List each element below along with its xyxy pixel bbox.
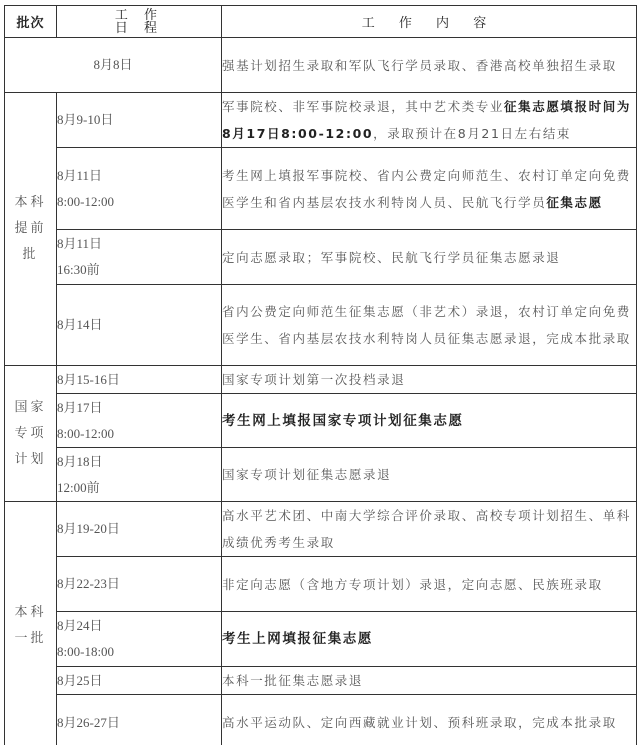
table-row: 8月17日 8:00-12:00 考生网上填报国家专项计划征集志愿 bbox=[5, 394, 637, 448]
time-line: 16:30前 bbox=[57, 257, 221, 283]
date-cell: 8月22-23日 bbox=[57, 557, 222, 612]
table-row: 8月8日 强基计划招生录取和军队飞行学员录取、香港高校单独招生录取 bbox=[5, 38, 637, 93]
content-cell: 考生上网填报征集志愿 bbox=[222, 612, 637, 667]
table-header-row: 批次 工 作 日 程 工 作 内 容 bbox=[5, 6, 637, 38]
content-text-bold: 考生上网填报征集志愿 bbox=[222, 631, 373, 647]
content-text-bold: 征集志愿 bbox=[546, 195, 602, 210]
table-row: 8月14日 省内公费定向师范生征集志愿（非艺术）录退，农村订单定向免费医学生、省… bbox=[5, 285, 637, 366]
content-text: 定向志愿录取；军事院校、民航飞行学员征集志愿录退 bbox=[222, 250, 560, 265]
batch-label-line: 专项 bbox=[5, 421, 56, 447]
date-cell: 8月18日 12:00前 bbox=[57, 448, 222, 502]
admission-schedule-table: 批次 工 作 日 程 工 作 内 容 8月8日 强基计划招生录取和军队飞行学员录… bbox=[4, 5, 637, 745]
date-cell: 8月26-27日 bbox=[57, 695, 222, 745]
table-row: 8月24日 8:00-18:00 考生上网填报征集志愿 bbox=[5, 612, 637, 667]
content-text: 本科一批征集志愿录退 bbox=[222, 673, 363, 688]
date-cell: 8月19-20日 bbox=[57, 502, 222, 557]
date-cell: 8月25日 bbox=[57, 667, 222, 695]
date-cell: 8月11日 16:30前 bbox=[57, 230, 222, 285]
batch-label-line: 计划 bbox=[5, 447, 56, 473]
date-line: 8月18日 bbox=[57, 449, 221, 475]
date-cell: 8月11日 8:00-12:00 bbox=[57, 148, 222, 230]
batch-cell-advance: 本科 提前 批 bbox=[5, 93, 57, 366]
header-schedule-line1: 工 作 bbox=[57, 9, 221, 22]
content-cell: 高水平艺术团、中南大学综合评价录取、高校专项计划招生、单科成绩优秀考生录取 bbox=[222, 502, 637, 557]
batch-label-line: 国家 bbox=[5, 395, 56, 421]
time-line: 8:00-18:00 bbox=[57, 639, 221, 665]
content-text: 非定向志愿（含地方专项计划）录退，定向志愿、民族班录取 bbox=[222, 577, 603, 592]
batch-cell-first: 本科 一批 bbox=[5, 502, 57, 745]
header-content: 工 作 内 容 bbox=[222, 6, 637, 38]
content-text: 军事院校、非军事院校录退，其中艺术类专业 bbox=[222, 99, 504, 114]
content-cell: 军事院校、非军事院校录退，其中艺术类专业征集志愿填报时间为8月17日8:00-1… bbox=[222, 93, 637, 148]
date-line: 8月8日 bbox=[5, 52, 221, 78]
header-schedule-line2: 日 程 bbox=[57, 22, 221, 35]
time-line: 12:00前 bbox=[57, 475, 221, 501]
content-cell: 国家专项计划第一次投档录退 bbox=[222, 366, 637, 394]
time-line: 8:00-12:00 bbox=[57, 189, 221, 215]
content-text-bold: 考生网上填报国家专项计划征集志愿 bbox=[222, 413, 464, 429]
table-row: 本科 提前 批 8月9-10日 军事院校、非军事院校录退，其中艺术类专业征集志愿… bbox=[5, 93, 637, 148]
content-text: 国家专项计划第一次投档录退 bbox=[222, 372, 405, 387]
content-text: 国家专项计划征集志愿录退 bbox=[222, 467, 391, 482]
date-line: 8月24日 bbox=[57, 613, 221, 639]
content-cell: 考生网上填报军事院校、省内公费定向师范生、农村订单定向免费医学生和省内基层农技水… bbox=[222, 148, 637, 230]
date-line: 8月17日 bbox=[57, 395, 221, 421]
date-cell: 8月9-10日 bbox=[57, 93, 222, 148]
date-line: 8月9-10日 bbox=[57, 107, 221, 133]
date-cell: 8月15-16日 bbox=[57, 366, 222, 394]
table-row: 8月22-23日 非定向志愿（含地方专项计划）录退，定向志愿、民族班录取 bbox=[5, 557, 637, 612]
date-line: 8月22-23日 bbox=[57, 571, 221, 597]
date-line: 8月26-27日 bbox=[57, 710, 221, 736]
date-cell: 8月17日 8:00-12:00 bbox=[57, 394, 222, 448]
content-text: 省内公费定向师范生征集志愿（非艺术）录退，农村订单定向免费医学生、省内基层农技水… bbox=[222, 304, 631, 346]
content-text: 高水平艺术团、中南大学综合评价录取、高校专项计划招生、单科成绩优秀考生录取 bbox=[222, 508, 631, 550]
batch-label-line: 批 bbox=[5, 242, 56, 268]
date-line: 8月15-16日 bbox=[57, 367, 221, 393]
content-cell: 考生网上填报国家专项计划征集志愿 bbox=[222, 394, 637, 448]
table-row: 8月11日 8:00-12:00 考生网上填报军事院校、省内公费定向师范生、农村… bbox=[5, 148, 637, 230]
batch-label-line: 本科 bbox=[5, 190, 56, 216]
content-cell: 非定向志愿（含地方专项计划）录退，定向志愿、民族班录取 bbox=[222, 557, 637, 612]
content-text: ，录取预计在8月21日左右结束 bbox=[373, 126, 571, 141]
header-batch: 批次 bbox=[5, 6, 57, 38]
date-cell: 8月24日 8:00-18:00 bbox=[57, 612, 222, 667]
content-cell: 强基计划招生录取和军队飞行学员录取、香港高校单独招生录取 bbox=[222, 38, 637, 93]
table-row: 8月18日 12:00前 国家专项计划征集志愿录退 bbox=[5, 448, 637, 502]
date-line: 8月19-20日 bbox=[57, 516, 221, 542]
table-row: 8月25日 本科一批征集志愿录退 bbox=[5, 667, 637, 695]
time-line: 8:00-12:00 bbox=[57, 421, 221, 447]
table-row: 8月26-27日 高水平运动队、定向西藏就业计划、预科班录取，完成本批录取 bbox=[5, 695, 637, 745]
date-cell: 8月8日 bbox=[5, 38, 222, 93]
header-schedule: 工 作 日 程 bbox=[57, 6, 222, 38]
batch-label-line: 一批 bbox=[5, 626, 56, 652]
date-line: 8月11日 bbox=[57, 231, 221, 257]
date-line: 8月11日 bbox=[57, 163, 221, 189]
date-cell: 8月14日 bbox=[57, 285, 222, 366]
batch-label-line: 提前 bbox=[5, 216, 56, 242]
content-cell: 国家专项计划征集志愿录退 bbox=[222, 448, 637, 502]
batch-cell-national: 国家 专项 计划 bbox=[5, 366, 57, 502]
content-text: 高水平运动队、定向西藏就业计划、预科班录取，完成本批录取 bbox=[222, 715, 617, 730]
content-cell: 省内公费定向师范生征集志愿（非艺术）录退，农村订单定向免费医学生、省内基层农技水… bbox=[222, 285, 637, 366]
date-line: 8月25日 bbox=[57, 668, 221, 694]
batch-label-line: 本科 bbox=[5, 600, 56, 626]
content-cell: 高水平运动队、定向西藏就业计划、预科班录取，完成本批录取 bbox=[222, 695, 637, 745]
content-cell: 定向志愿录取；军事院校、民航飞行学员征集志愿录退 bbox=[222, 230, 637, 285]
date-line: 8月14日 bbox=[57, 312, 221, 338]
content-text: 强基计划招生录取和军队飞行学员录取、香港高校单独招生录取 bbox=[222, 58, 617, 73]
content-cell: 本科一批征集志愿录退 bbox=[222, 667, 637, 695]
table-row: 国家 专项 计划 8月15-16日 国家专项计划第一次投档录退 bbox=[5, 366, 637, 394]
table-row: 本科 一批 8月19-20日 高水平艺术团、中南大学综合评价录取、高校专项计划招… bbox=[5, 502, 637, 557]
table-row: 8月11日 16:30前 定向志愿录取；军事院校、民航飞行学员征集志愿录退 bbox=[5, 230, 637, 285]
